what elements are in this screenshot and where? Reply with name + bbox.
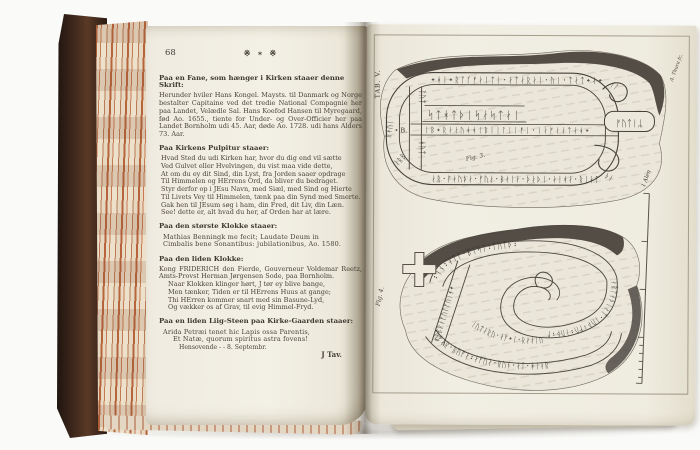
rune-cartouche-text: ᚠᚢᛏᛁᛦ	[616, 118, 643, 129]
text-line: Paa en liden Liig-Steen paa Kirke-Gaarde…	[159, 318, 362, 326]
left-page: 68 ※ ∗ ※ Paa en Fane, som hænger i Kirke…	[146, 26, 368, 425]
text-line: Paa en Fane, som hænger i Kirken staaer …	[159, 75, 362, 90]
engraving-svg: TAB. V. A. Thura fc. ᛭ᚼᛁ᛭ᚱᛚᚴᚠᛅᛁᛏᛁ᛫ᛅᛏᛅᚱᛅᛁ…	[365, 24, 697, 425]
plate-page: TAB. V. A. Thura fc. ᛭ᚼᛁ᛭ᚱᛚᚴᚠᛅᛁᛏᛁ᛫ᛅᛏᛅᚱᛅᛁ…	[365, 24, 697, 425]
rune-arm-lower: ᚼᚢᛏ	[417, 141, 426, 155]
rune-mid-large: ᛋᛏᚼᛏᚦᛁᛋᛅᛋᛏᛅᛁ	[427, 110, 519, 122]
rune-arm-upper: ᛚᚢᛏ	[418, 90, 427, 104]
fig4-label: Fig. 4.	[375, 286, 386, 308]
rune-mid-long: ᛁᛒ᛭ᚱᛅᛅᚢᚼᚼᛁᛒᛁᛁᛚᛁᛁᚠᛁ᛫ᛁᛅᚠᛅᛅᛏᛅᚼ᛭	[424, 126, 589, 136]
scale-line	[642, 194, 649, 384]
catchword: J Tav.	[321, 350, 342, 359]
text-line: Paa den liden Klokke:	[159, 256, 362, 264]
text-line: Herunder hviler Hans Kongel. Maysts. til…	[159, 92, 362, 138]
marbled-page-edges	[96, 21, 148, 435]
rune-band-bottom: ᛅᚱ᛫ᚠᛅᚢᚦᛅ᛫ᚠᚢᛅ᛫ᛒᛅᛁᛅ᛫ᚦᛅᚦᛁ᛫ᛅᛁᚼᛅ᛫ᚱᛁᛅᛏ	[431, 175, 599, 185]
page-number: 68	[165, 48, 176, 58]
runestone-top: ᛭ᚼᛁ᛭ᚱᛚᚴᚠᛅᛁᛏᛁ᛫ᛅᛏᛅᚱᛅᛁ᛫ᚢᛁ᛫ᛏᛅᛏ᛭ᛅ᛭ ᛅᚱ᛫ᚠᛅᚢᚦᛅ᛫ᚠ…	[380, 50, 666, 208]
text-line: Og vækker os af Grav, til evig Himmel-Fr…	[168, 304, 362, 312]
text-line: Paa Kirkens Pulpitur staaer:	[159, 145, 362, 153]
letter-b: ᛭ B.	[394, 126, 407, 134]
tab-label: TAB. V.	[374, 69, 382, 98]
text-line: See! dette er, alt hvad du her, af Orden…	[161, 209, 362, 217]
text-column: Paa en Fane, som hænger i Kirken staaer …	[159, 68, 362, 352]
text-line: Et Natæ, quorum spiritus astra fovens!	[173, 336, 362, 344]
text-line: Kong FRIDERICH den Fierde, Gouverneur Vo…	[159, 266, 362, 281]
photo-of-open-book: 68 ※ ∗ ※ Paa en Fane, som hænger i Kirke…	[0, 0, 700, 450]
text-line: Cimbalis bene Sonantibus: jubilationibus…	[163, 241, 362, 249]
header-ornament: ※ ∗ ※	[244, 48, 279, 58]
page-header: 68 ※ ∗ ※	[159, 48, 363, 60]
engraver-signature: A. Thura fc.	[669, 53, 685, 83]
runestone-bottom: ᛬ᛁᚾ᛬ᛅᛏᛚ᛫ᛒᛁᛋᛁ᛬ᛚᚢᛏᚦ᛬ ᛅᚱᛏᛅᚦᛁᛅᛏ᛫ᛁᚢᚦ᛬ᚠᚢ᛬ᛁᚢᚦ᛬ᚠ…	[374, 224, 642, 391]
text-line: Paa den største Klokke staaer:	[159, 223, 362, 231]
rune-band-top: ᛭ᚼᛁ᛭ᚱᛚᚴᚠᛅᛁᛏᛁ᛫ᛅᛏᛅᚱᛅᛁ᛫ᚢᛁ᛫ᛏᛅᛏ᛭ᛅ᛭	[431, 76, 603, 86]
